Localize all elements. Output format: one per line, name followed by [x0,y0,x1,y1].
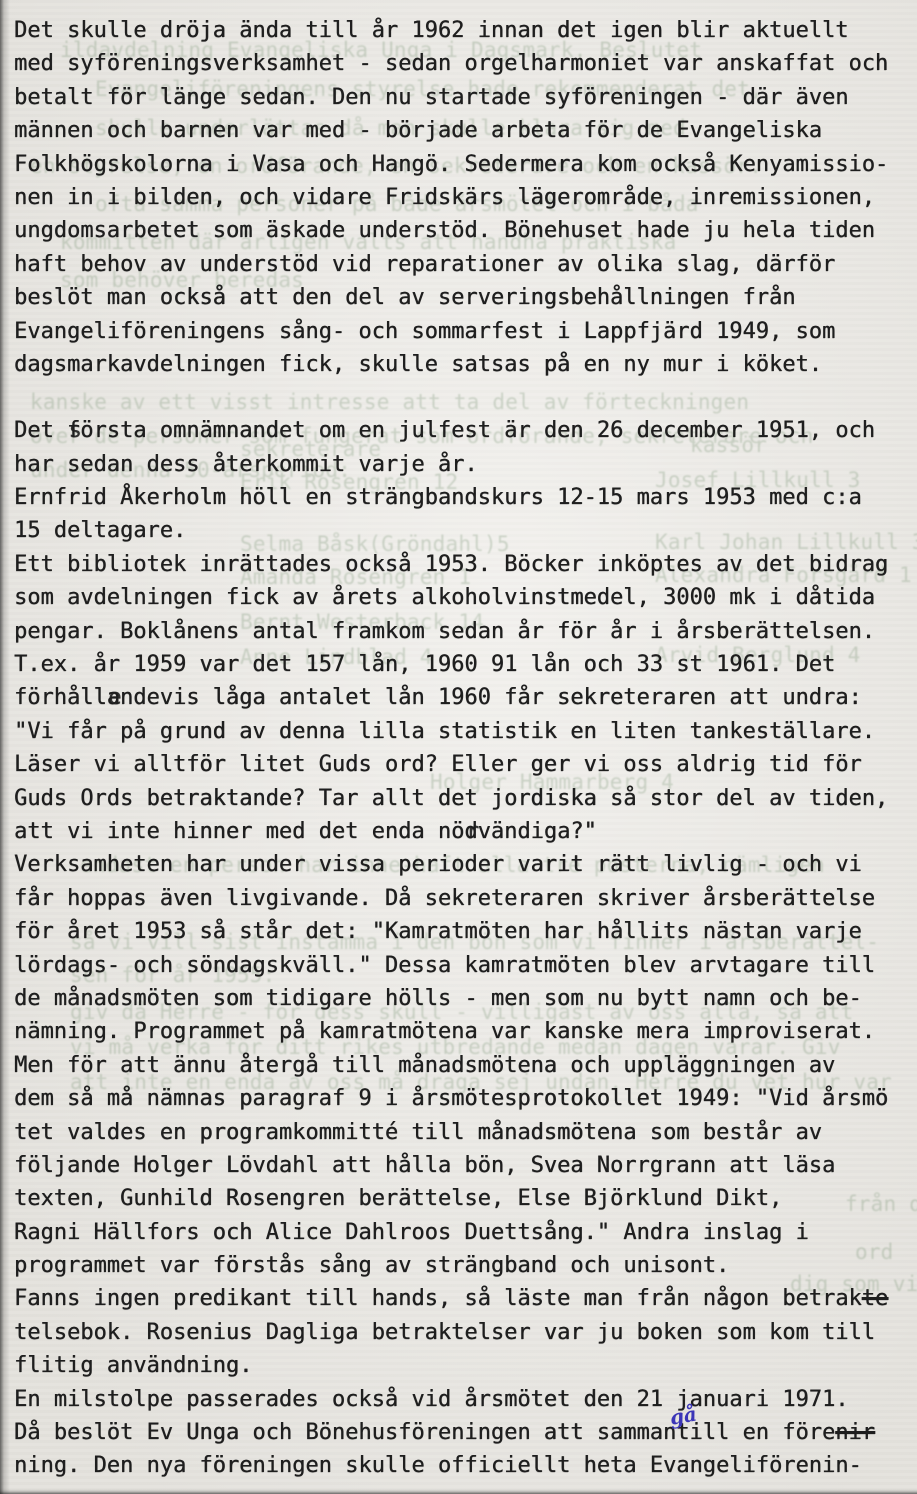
text-segment: programmet var förstås sång av strängban… [14,1253,729,1278]
text-line: följande Holger Lövdahl att hålla bön, S… [14,1149,917,1182]
text-segment: Verksamheten har under vissa perioder va… [14,852,862,877]
text-line: som avdelningen fick av årets alkoholvin… [14,581,917,614]
text-segment: Ragni Hällfors och Alice Dahlroos Duetts… [14,1220,809,1245]
text-segment: Folkhögskolorna i Vasa och Hangö. Sederm… [14,152,888,177]
text-line: Det fsörsta omnämnandet om en julfest är… [14,414,917,447]
text-segment: dem så må nämnas paragraf 9 i årsmötespr… [14,1086,888,1111]
text-line: En milstolpe passerades också vid årsmöt… [14,1383,917,1416]
text-segment: förhåll [14,685,107,710]
text-segment: tet valdes en programkommitté till månad… [14,1120,822,1145]
text-segment: får hoppas även livgivande. Då sekretera… [14,886,875,911]
text-segment: nämning. Programmet på kamratmötena var … [14,1019,875,1044]
scan-edge-shadow-bottom [0,1489,917,1494]
overstrike-underlying-char: r [466,815,479,848]
text-line: Evangeliföreningens sång- och sommarfest… [14,315,917,348]
text-line: de månadsmöten som tidigare hölls - men … [14,982,917,1015]
text-line: männen och barnen var med - började arbe… [14,114,917,147]
text-segment: lördags- och söndagskväll." Dessa kamrat… [14,953,875,978]
text-segment: Det skulle dröja ända till år 1962 innan… [14,18,848,43]
struck-out-text: nir [835,1420,875,1445]
text-line: Det skulle dröja ända till år 1962 innan… [14,14,917,47]
text-segment: vändiga?" [478,819,597,844]
text-line: dem så må nämnas paragraf 9 i årsmötespr… [14,1082,917,1115]
text-line: haft behov av understöd vid reparationer… [14,248,917,281]
text-line: Ett bibliotek inrättades också 1953. Böc… [14,548,917,581]
text-segment: med syföreningsverksamhet - sedan orgelh… [14,51,888,76]
text-segment: 15 deltagare. [14,518,186,543]
text-segment: beslöt man också att den del av serverin… [14,285,795,310]
overstruck-chars: dr [464,815,477,848]
text-segment: Guds Ords betraktande? Tar allt det jord… [14,786,888,811]
overstruck-chars: ae [107,681,120,714]
text-segment: flitig användning. [14,1353,252,1378]
text-line: förhållaendevis låga antalet lån 1960 få… [14,681,917,714]
text-line: Fanns ingen predikant till hands, så läs… [14,1282,917,1315]
text-segment: Läser vi alltför litet Guds ord? Eller g… [14,752,862,777]
text-line: "Vi får på grund av denna lilla statisti… [14,715,917,748]
text-line: nen in i bilden, och vidare Fridskärs lä… [14,181,917,214]
text-line: har sedan dess återkommit varje år. [14,448,917,481]
text-line: pengar. Boklånens antal framkom sedan år… [14,615,917,648]
text-segment: örsta omnämnandet om en julfest är den 2… [80,418,875,443]
text-segment: pengar. Boklånens antal framkom sedan år… [14,619,875,644]
text-line: Ragni Hällfors och Alice Dahlroos Duetts… [14,1216,917,1249]
text-segment: att vi inte hinner med det enda nö [14,819,464,844]
text-line: betalt för länge sedan. Den nu startade … [14,81,917,114]
text-line: med syföreningsverksamhet - sedan orgelh… [14,47,917,80]
text-segment: nen in i bilden, och vidare Fridskärs lä… [14,185,875,210]
text-line: Men för att ännu återgå till månadsmöten… [14,1049,917,1082]
text-line: nämning. Programmet på kamratmötena var … [14,1015,917,1048]
text-line: att vi inte hinner med det enda nödrvänd… [14,815,917,848]
overstrike-underlying-char: e [108,681,121,714]
text-line: telsebok. Rosenius Dagliga betraktelser … [14,1316,917,1349]
text-line: texten, Gunhild Rosengren berättelse, El… [14,1182,917,1215]
text-segment: texten, Gunhild Rosengren berättelse, El… [14,1186,782,1211]
text-segment: Ett bibliotek inrättades också 1953. Böc… [14,552,888,577]
text-line: Guds Ords betraktande? Tar allt det jord… [14,782,917,815]
overstrike-underlying-char: s [68,414,81,447]
text-segment: ndevis låga antalet lån 1960 får sekrete… [120,685,862,710]
text-line: lördags- och söndagskväll." Dessa kamrat… [14,949,917,982]
text-segment: betalt för länge sedan. Den nu startade … [14,85,848,110]
text-segment: till en före [676,1420,835,1445]
text-line: får hoppas även livgivande. Då sekretera… [14,882,917,915]
text-line: Verksamheten har under vissa perioder va… [14,848,917,881]
typewritten-text-layer: Det skulle dröja ända till år 1962 innan… [14,14,917,1483]
text-segment: Fanns ingen predikant till hands, så läs… [14,1286,862,1311]
text-segment: "Vi får på grund av denna lilla statisti… [14,719,875,744]
text-segment: telsebok. Rosenius Dagliga betraktelser … [14,1320,875,1345]
text-segment: som avdelningen fick av årets alkoholvin… [14,585,875,610]
text-segment: T.ex. år 1959 var det 157 lån, 1960 91 l… [14,652,835,677]
text-line: Ernfrid Åkerholm höll en strängbandskurs… [14,481,917,514]
text-line: ning. Den nya föreningen skulle officiel… [14,1449,917,1482]
text-line: för året 1953 så står det: "Kamratmöten … [14,915,917,948]
text-segment: ning. Den nya föreningen skulle officiel… [14,1453,862,1478]
text-segment: männen och barnen var med - började arbe… [14,118,822,143]
text-segment: Då beslöt Ev Unga och Bönehusföreningen … [14,1420,676,1445]
text-line: 15 deltagare. [14,514,917,547]
document-page: ildavdelning Evangeliska Unga i Dagsmark… [0,0,917,1494]
text-line: dagsmarkavdelningen fick, skulle satsas … [14,348,917,381]
scan-edge-shadow-left [0,0,10,1494]
text-line: flitig användning. [14,1349,917,1382]
text-segment: följande Holger Lövdahl att hålla bön, S… [14,1153,835,1178]
text-segment: de månadsmöten som tidigare hölls - men … [14,986,862,1011]
paragraph: Det fsörsta omnämnandet om en julfest är… [14,414,917,1483]
text-segment: dagsmarkavdelningen fick, skulle satsas … [14,352,822,377]
text-segment: Men för att ännu återgå till månadsmöten… [14,1053,835,1078]
overstruck-chars: fs [67,414,80,447]
text-segment: haft behov av understöd vid reparationer… [14,252,835,277]
text-segment: för året 1953 så står det: "Kamratmöten … [14,919,862,944]
text-segment: Det [14,418,67,443]
text-segment: Evangeliföreningens sång- och sommarfest… [14,319,835,344]
text-line: tet valdes en programkommitté till månad… [14,1116,917,1149]
text-segment: Ernfrid Åkerholm höll en strängbandskurs… [14,485,862,510]
text-segment: ungdomsarbetet som äskade understöd. Bön… [14,218,875,243]
paragraph: Det skulle dröja ända till år 1962 innan… [14,14,917,381]
text-line: Då beslöt Ev Unga och Bönehusföreningen … [14,1416,917,1449]
text-line: Folkhögskolorna i Vasa och Hangö. Sederm… [14,148,917,181]
text-line: programmet var förstås sång av strängban… [14,1249,917,1282]
text-segment: har sedan dess återkommit varje år. [14,452,478,477]
text-line: ungdomsarbetet som äskade understöd. Bön… [14,214,917,247]
text-line: beslöt man också att den del av serverin… [14,281,917,314]
text-line: T.ex. år 1959 var det 157 lån, 1960 91 l… [14,648,917,681]
text-line: Läser vi alltför litet Guds ord? Eller g… [14,748,917,781]
struck-out-text: te [862,1286,889,1311]
text-segment: En milstolpe passerades också vid årsmöt… [14,1387,848,1412]
